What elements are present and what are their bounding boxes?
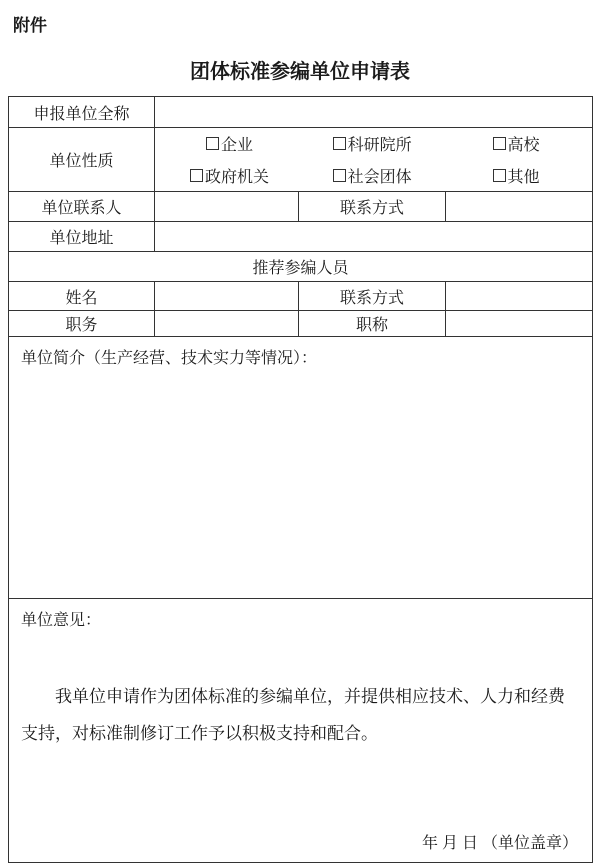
table-row: 单位简介（生产经营、技术实力等情况）： xyxy=(9,337,593,599)
unit-contact-field xyxy=(155,192,299,222)
person-title-label: 职称 xyxy=(299,311,446,337)
checkbox-unchecked-icon xyxy=(190,169,203,182)
attachment-label: 附件 xyxy=(13,11,47,36)
unit-nature-option: 高校 xyxy=(444,132,588,155)
checkbox-unchecked-icon xyxy=(333,169,346,182)
unit-nature-option: 社会团体 xyxy=(300,164,444,187)
checkbox-unchecked-icon xyxy=(206,137,219,150)
person-contact-method-label: 联系方式 xyxy=(299,282,446,311)
page-title: 团体标准参编单位申请表 xyxy=(0,55,600,84)
person-title-field xyxy=(446,311,593,337)
unit-nature-option-label: 科研院所 xyxy=(348,132,412,155)
recommended-personnel-header: 推荐参编人员 xyxy=(9,252,593,282)
checkbox-unchecked-icon xyxy=(493,137,506,150)
unit-profile-label: 单位简介（生产经营、技术实力等情况）： xyxy=(21,350,317,367)
person-contact-method-field xyxy=(446,282,593,311)
unit-nature-option-label: 企业 xyxy=(221,132,253,155)
checkbox-unchecked-icon xyxy=(493,169,506,182)
unit-profile-cell: 单位简介（生产经营、技术实力等情况）： xyxy=(9,337,593,599)
unit-full-name-label: 申报单位全称 xyxy=(9,97,155,128)
unit-opinion-label: 单位意见： xyxy=(21,607,580,630)
table-row: 职务 职称 xyxy=(9,311,593,337)
table-row: 推荐参编人员 xyxy=(9,252,593,282)
table-row: 姓名 联系方式 xyxy=(9,282,593,311)
unit-nature-option-label: 社会团体 xyxy=(348,164,412,187)
unit-nature-option: 企业 xyxy=(159,132,300,155)
person-name-field xyxy=(155,282,299,311)
application-form-table: 申报单位全称 单位性质 企业 科研院所 高校 政府机关 社会团体 其他 单位联系… xyxy=(8,96,593,863)
table-row: 单位联系人 联系方式 xyxy=(9,192,593,222)
unit-opinion-cell: 单位意见： 我单位申请作为团体标准的参编单位，并提供相应技术、人力和经费支持，对… xyxy=(9,599,593,863)
table-row: 申报单位全称 xyxy=(9,97,593,128)
contact-method-field xyxy=(446,192,593,222)
person-name-label: 姓名 xyxy=(9,282,155,311)
contact-method-label: 联系方式 xyxy=(299,192,446,222)
unit-contact-label: 单位联系人 xyxy=(9,192,155,222)
person-position-label: 职务 xyxy=(9,311,155,337)
table-row: 单位地址 xyxy=(9,222,593,252)
unit-nature-option-label: 高校 xyxy=(508,132,540,155)
unit-address-label: 单位地址 xyxy=(9,222,155,252)
unit-nature-option: 其他 xyxy=(444,164,588,187)
opinion-statement: 我单位申请作为团体标准的参编单位，并提供相应技术、人力和经费支持，对标准制修订工… xyxy=(21,678,580,753)
unit-nature-field: 企业 科研院所 高校 政府机关 社会团体 其他 xyxy=(155,128,593,192)
unit-full-name-field xyxy=(155,97,593,128)
unit-nature-option-label: 其他 xyxy=(508,164,540,187)
unit-nature-label: 单位性质 xyxy=(9,128,155,192)
checkbox-unchecked-icon xyxy=(333,137,346,150)
unit-address-field xyxy=(155,222,593,252)
person-position-field xyxy=(155,311,299,337)
unit-nature-option: 科研院所 xyxy=(300,132,444,155)
table-row: 单位性质 企业 科研院所 高校 政府机关 社会团体 其他 xyxy=(9,128,593,192)
table-row: 单位意见： 我单位申请作为团体标准的参编单位，并提供相应技术、人力和经费支持，对… xyxy=(9,599,593,863)
unit-nature-options: 企业 科研院所 高校 政府机关 社会团体 其他 xyxy=(159,128,588,191)
unit-nature-option: 政府机关 xyxy=(159,164,300,187)
signature-date-line: 年 月 日 （单位盖章） xyxy=(21,830,580,853)
unit-nature-option-label: 政府机关 xyxy=(205,164,269,187)
